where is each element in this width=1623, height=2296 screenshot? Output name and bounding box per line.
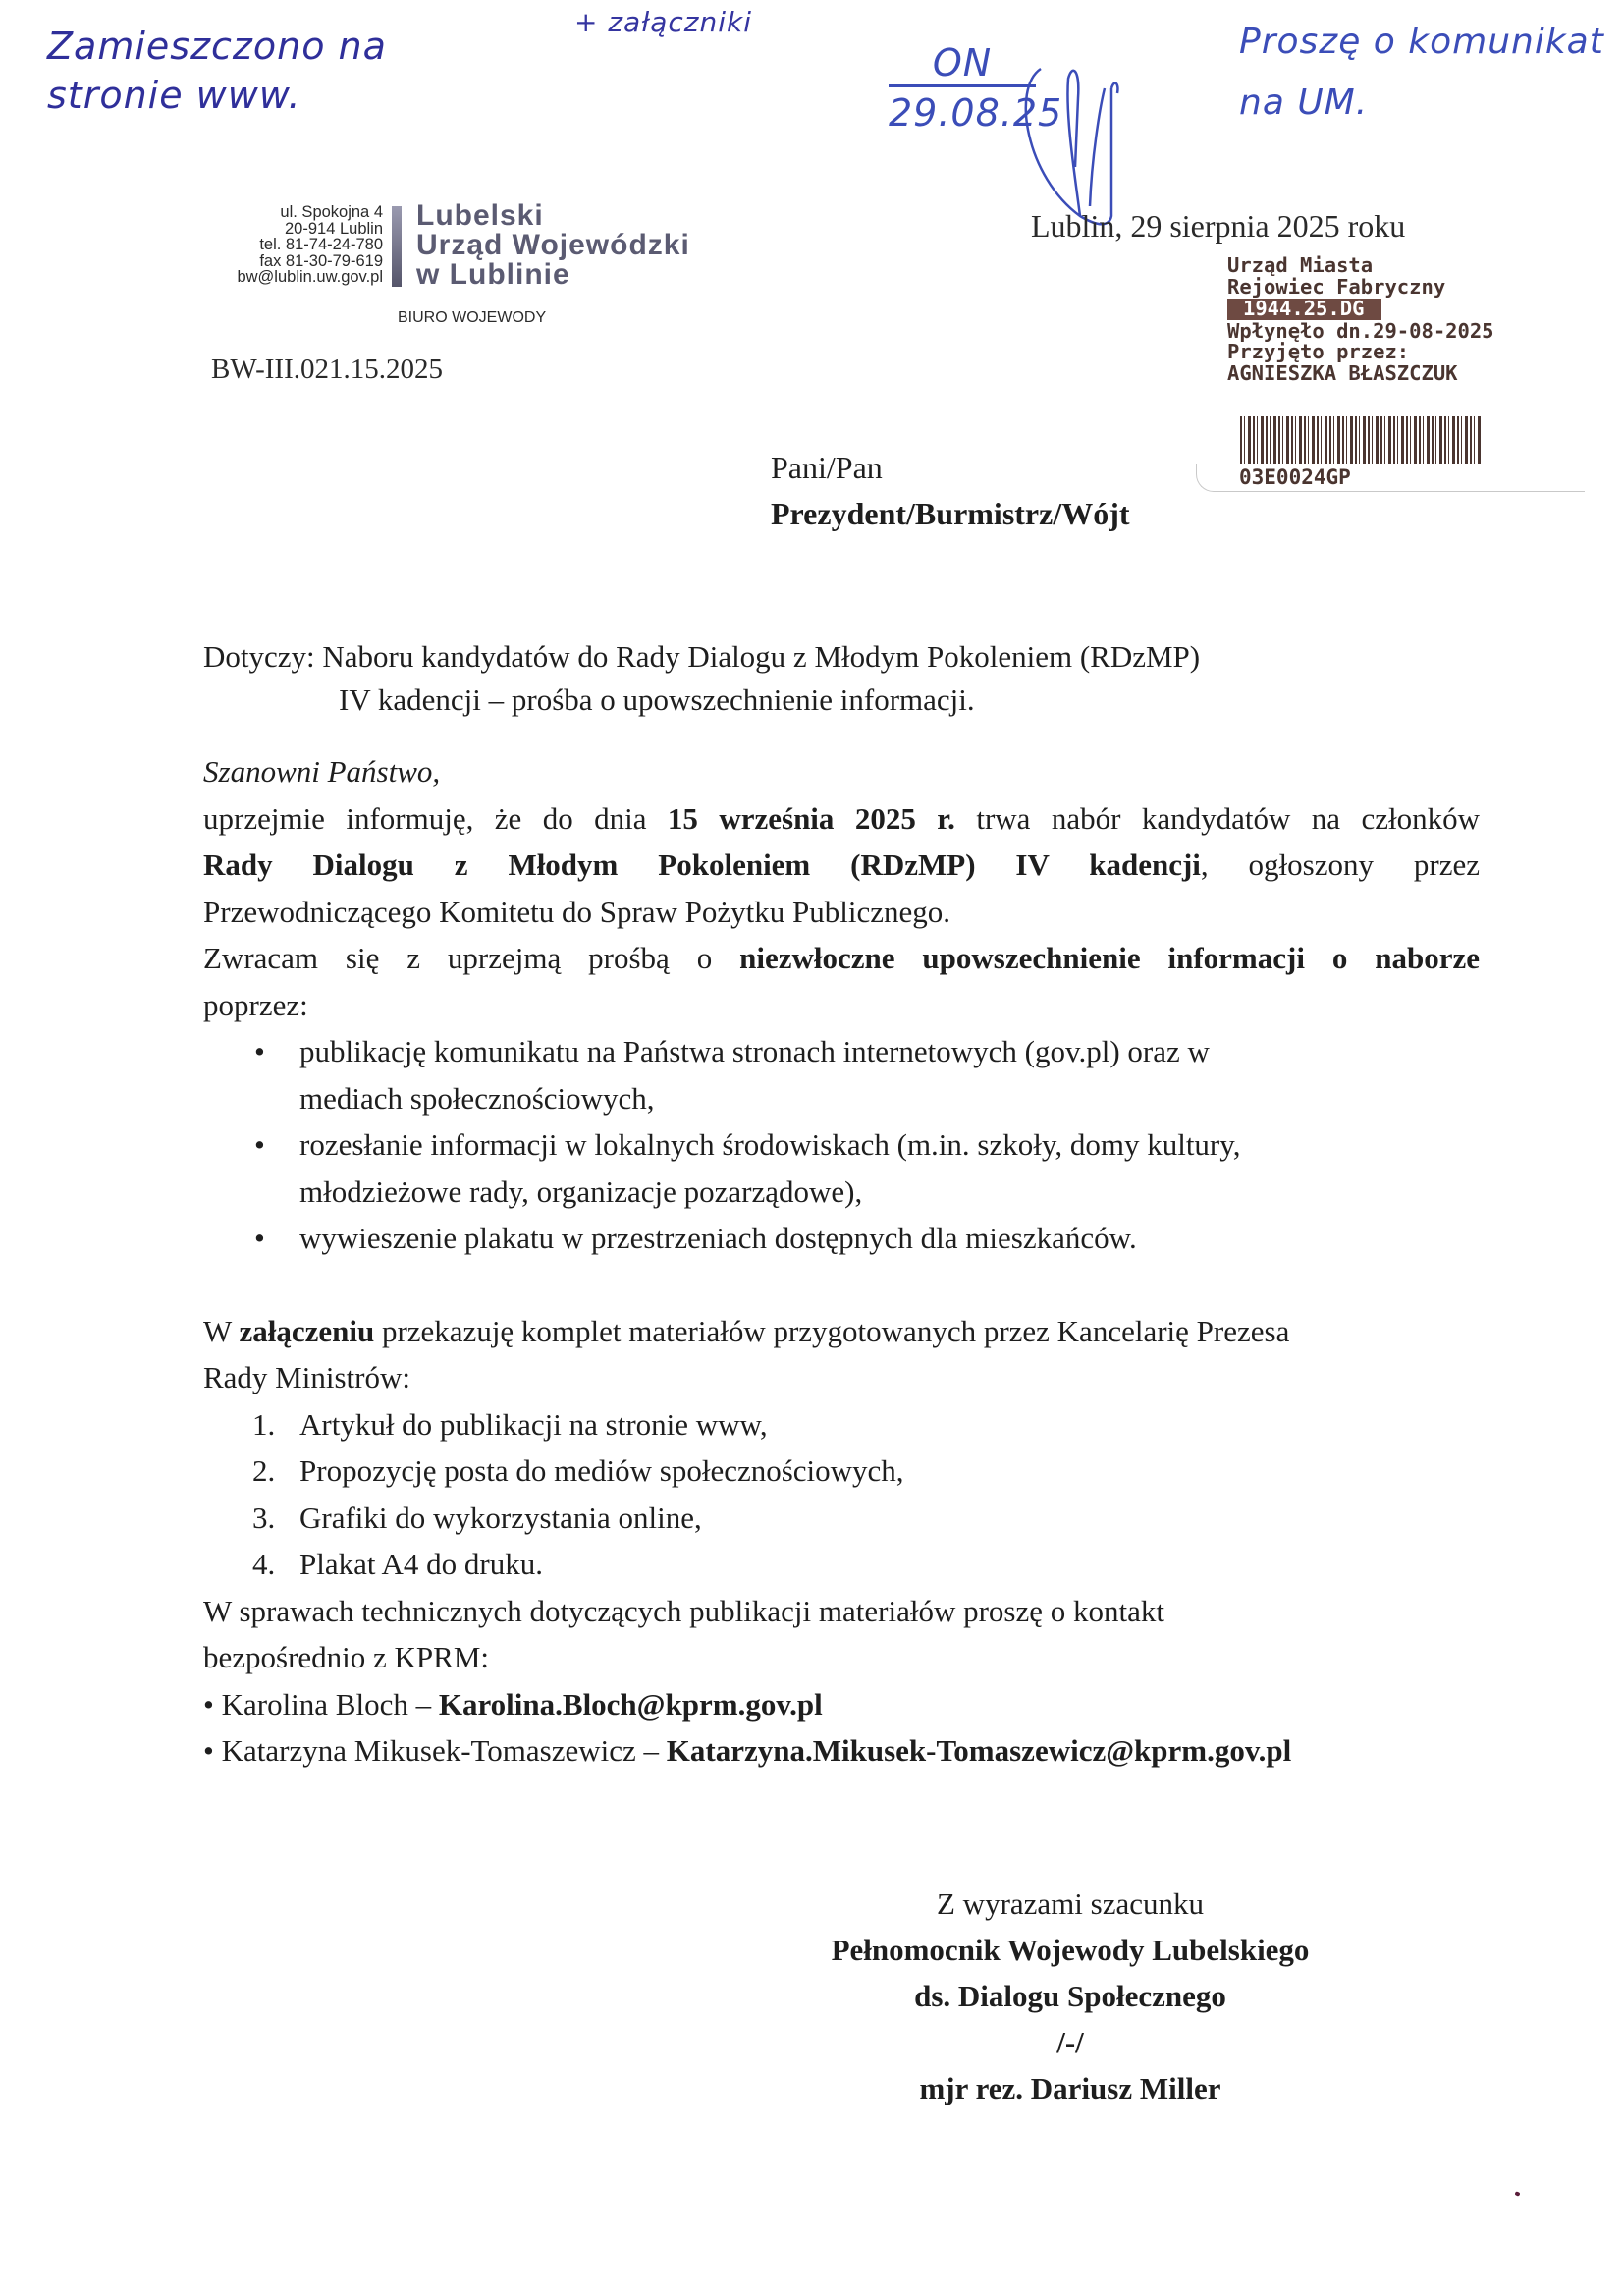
text: rozesłanie informacji w lokalnych środow… <box>299 1127 1241 1162</box>
text: Artykuł do publikacji na stronie www, <box>299 1407 768 1442</box>
deadline: 15 września 2025 r. <box>668 801 955 836</box>
logo-line: w Lublinie <box>416 260 690 290</box>
paragraph-request: Zwracam się z uprzejmą prośbą o niezwłoc… <box>203 935 1480 982</box>
list-item: wywieszenie plakatu w przestrzeniach dos… <box>203 1215 1480 1262</box>
text: uprzejmie informuję, że do dnia <box>203 801 668 836</box>
request-emphasis: niezwłoczne upowszechnienie informacji o… <box>739 941 1480 975</box>
text: , ogłoszony przez <box>1201 847 1480 882</box>
letter-body: Szanowni Państwo, uprzejmie informuję, ż… <box>203 748 1480 1775</box>
note-line: Proszę o komunikat <box>1239 12 1604 73</box>
place-and-date: Lublin, 29 sierpnia 2025 roku <box>1031 208 1405 245</box>
registry-number: 1944.25.DG <box>1227 299 1381 320</box>
greeting: Szanowni Państwo, <box>203 748 1480 795</box>
text: młodzieżowe rady, organizacje pozarządow… <box>299 1175 862 1209</box>
contact-email-link[interactable]: Karolina.Bloch@kprm.gov.pl <box>439 1687 823 1722</box>
closing-block: Z wyrazami szacunku Pełnomocnik Wojewody… <box>746 1881 1394 2111</box>
initials-date: 29.08.25 <box>889 84 1036 135</box>
text: przekazuję komplet materiałów przygotowa… <box>374 1314 1289 1348</box>
received-date: Wpłynęło dn.29-08-2025 <box>1227 321 1494 343</box>
handwritten-initials: ON 29.08.25 <box>889 41 1036 135</box>
signature-icon <box>1021 59 1129 231</box>
signatory-role: ds. Dialogu Społecznego <box>746 1973 1394 2019</box>
attachment-item: 4.Plakat A4 do druku. <box>203 1541 1480 1588</box>
contact-name: • Katarzyna Mikusek-Tomaszewicz – <box>203 1733 667 1768</box>
institution-logo: Lubelski Urząd Wojewódzki w Lublinie <box>416 201 690 290</box>
subject-line: IV kadencji – prośba o upowszechnienie i… <box>203 679 1499 722</box>
text: trwa nabór kandydatów na członków <box>955 801 1480 836</box>
text: Propozycję posta do mediów społecznościo… <box>299 1453 904 1488</box>
accepted-by-label: Przyjęto przez: <box>1227 342 1494 363</box>
handwritten-note-published: Zamieszczono na stronie www. <box>47 22 387 120</box>
paragraph-attachments: W załączeniu przekazuję komplet materiał… <box>203 1308 1480 1355</box>
contact-item: • Katarzyna Mikusek-Tomaszewicz – Katarz… <box>203 1727 1480 1775</box>
accepted-by: AGNIESZKA BŁASZCZUK <box>1227 363 1494 385</box>
stamp-office: Urząd Miasta <box>1227 255 1494 277</box>
text: Zwracam się z uprzejmą prośbą o <box>203 941 739 975</box>
signatory-name: mjr rez. Dariusz Miller <box>746 2065 1394 2111</box>
barcode-icon <box>1240 416 1481 464</box>
department-name: BIURO WOJEWODY <box>398 309 546 327</box>
council-name: Rady Dialogu z Młodym Pokoleniem (RDzMP)… <box>203 847 1201 882</box>
note-line: stronie www. <box>47 71 387 120</box>
attachment-item: 2.Propozycję posta do mediów społecznośc… <box>203 1448 1480 1495</box>
stamp-label-edge <box>1196 464 1585 492</box>
attachment-list: 1.Artykuł do publikacji na stronie www, … <box>203 1401 1480 1588</box>
logo-line: Lubelski <box>416 201 690 231</box>
address-line: bw@lublin.uw.gov.pl <box>196 269 383 286</box>
address-line: ul. Spokojna 4 <box>196 204 383 221</box>
sender-address: ul. Spokojna 4 20-914 Lublin tel. 81-74-… <box>196 204 383 286</box>
scan-speck <box>1514 2191 1520 2197</box>
paragraph-line: poprzez: <box>203 982 1480 1029</box>
text: wywieszenie plakatu w przestrzeniach dos… <box>299 1221 1137 1255</box>
handwritten-note-attachments: + załączniki <box>574 6 752 38</box>
note-line: na UM. <box>1239 73 1604 134</box>
paragraph-line: Przewodniczącego Komitetu do Spraw Pożyt… <box>203 889 1480 936</box>
addressee-salutation: Pani/Pan <box>771 450 883 486</box>
text: Grafiki do wykorzystania online, <box>299 1501 702 1535</box>
attachment-item: 3.Grafiki do wykorzystania online, <box>203 1495 1480 1542</box>
list-item: publikację komunikatu na Państwa stronac… <box>203 1028 1480 1121</box>
address-line: 20-914 Lublin <box>196 221 383 238</box>
paragraph-line: Rady Dialogu z Młodym Pokoleniem (RDzMP)… <box>203 842 1480 889</box>
paragraph-line: Rady Ministrów: <box>203 1354 1480 1401</box>
addressee-title: Prezydent/Burmistrz/Wójt <box>771 496 1130 532</box>
logo-line: Urząd Wojewódzki <box>416 231 690 260</box>
logo-bar <box>392 206 402 287</box>
attachment-item: 1.Artykuł do publikacji na stronie www, <box>203 1401 1480 1449</box>
item-number: 2. <box>252 1448 275 1495</box>
contact-item: • Karolina Bloch – Karolina.Bloch@kprm.g… <box>203 1681 1480 1728</box>
paragraph-line: bezpośrednio z KPRM: <box>203 1634 1480 1681</box>
address-line: fax 81-30-79-619 <box>196 253 383 270</box>
subject: Dotyczy: Naboru kandydatów do Rady Dialo… <box>203 635 1499 722</box>
item-number: 3. <box>252 1495 275 1542</box>
item-number: 1. <box>252 1401 275 1449</box>
item-number: 4. <box>252 1541 275 1588</box>
subject-line: Naboru kandydatów do Rady Dialogu z Młod… <box>322 639 1200 674</box>
text: publikację komunikatu na Państwa stronac… <box>299 1034 1210 1068</box>
contact-email-link[interactable]: Katarzyna.Mikusek-Tomaszewicz@kprm.gov.p… <box>667 1733 1291 1768</box>
bullet-list: publikację komunikatu na Państwa stronac… <box>203 1028 1480 1262</box>
reference-number: BW-III.021.15.2025 <box>211 354 443 386</box>
subject-label: Dotyczy: <box>203 639 315 674</box>
handwritten-note-request: Proszę o komunikat na UM. <box>1239 12 1604 134</box>
address-line: tel. 81-74-24-780 <box>196 237 383 253</box>
paragraph-recruitment: uprzejmie informuję, że do dnia 15 wrześ… <box>203 795 1480 843</box>
signatory-role: Pełnomocnik Wojewody Lubelskiego <box>746 1927 1394 1973</box>
text: W <box>203 1314 239 1348</box>
stamp-office: Rejowiec Fabryczny <box>1227 277 1494 299</box>
contact-name: • Karolina Bloch – <box>203 1687 439 1722</box>
note-line: Zamieszczono na <box>47 22 387 71</box>
list-item: rozesłanie informacji w lokalnych środow… <box>203 1121 1480 1215</box>
text: Plakat A4 do druku. <box>299 1547 543 1581</box>
registry-stamp: Urząd Miasta Rejowiec Fabryczny 1944.25.… <box>1227 255 1494 384</box>
paragraph-contact: W sprawach technicznych dotyczących publ… <box>203 1588 1480 1635</box>
regards: Z wyrazami szacunku <box>746 1881 1394 1927</box>
attachment-emphasis: załączeniu <box>239 1314 374 1348</box>
initials-mark: ON <box>933 41 992 84</box>
text: mediach społecznościowych, <box>299 1081 655 1116</box>
signed-mark: /-/ <box>746 2019 1394 2065</box>
